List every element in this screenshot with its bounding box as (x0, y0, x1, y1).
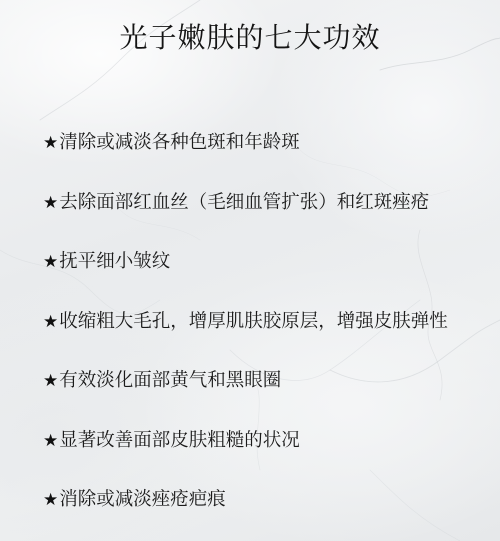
benefits-list: ★ 清除或减淡各种色斑和年龄斑 ★ 去除面部红血丝（毛细血管扩张）和红斑痤疮 ★… (43, 130, 448, 541)
list-item-text: 有效淡化面部黄气和黑眼圈 (59, 368, 281, 394)
list-item-text: 去除面部红血丝（毛细血管扩张）和红斑痤疮 (59, 190, 429, 216)
document-content: 光子嫩肤的七大功效 ★ 清除或减淡各种色斑和年龄斑 ★ 去除面部红血丝（毛细血管… (0, 0, 500, 541)
list-item-text: 抚平细小皱纹 (59, 249, 170, 275)
list-item-text: 显著改善面部皮肤粗糙的状况 (59, 428, 300, 454)
star-bullet-icon: ★ (43, 249, 58, 275)
page-title: 光子嫩肤的七大功效 (0, 18, 500, 58)
star-bullet-icon: ★ (43, 309, 58, 335)
list-item-text: 收缩粗大毛孔，增厚肌肤胶原层，增强皮肤弹性 (59, 309, 448, 335)
list-item: ★ 清除或减淡各种色斑和年龄斑 (43, 130, 448, 190)
star-bullet-icon: ★ (43, 487, 58, 513)
star-bullet-icon: ★ (43, 130, 58, 156)
list-item: ★ 消除或减淡痤疮疤痕 (43, 487, 448, 541)
list-item: ★ 显著改善面部皮肤粗糙的状况 (43, 428, 448, 488)
list-item-text: 清除或减淡各种色斑和年龄斑 (59, 130, 300, 156)
star-bullet-icon: ★ (43, 368, 58, 394)
list-item: ★ 有效淡化面部黄气和黑眼圈 (43, 368, 448, 428)
star-bullet-icon: ★ (43, 190, 58, 216)
list-item: ★ 抚平细小皱纹 (43, 249, 448, 309)
star-bullet-icon: ★ (43, 428, 58, 454)
list-item-text: 消除或减淡痤疮疤痕 (59, 487, 226, 513)
list-item: ★ 收缩粗大毛孔，增厚肌肤胶原层，增强皮肤弹性 (43, 309, 448, 369)
list-item: ★ 去除面部红血丝（毛细血管扩张）和红斑痤疮 (43, 190, 448, 250)
